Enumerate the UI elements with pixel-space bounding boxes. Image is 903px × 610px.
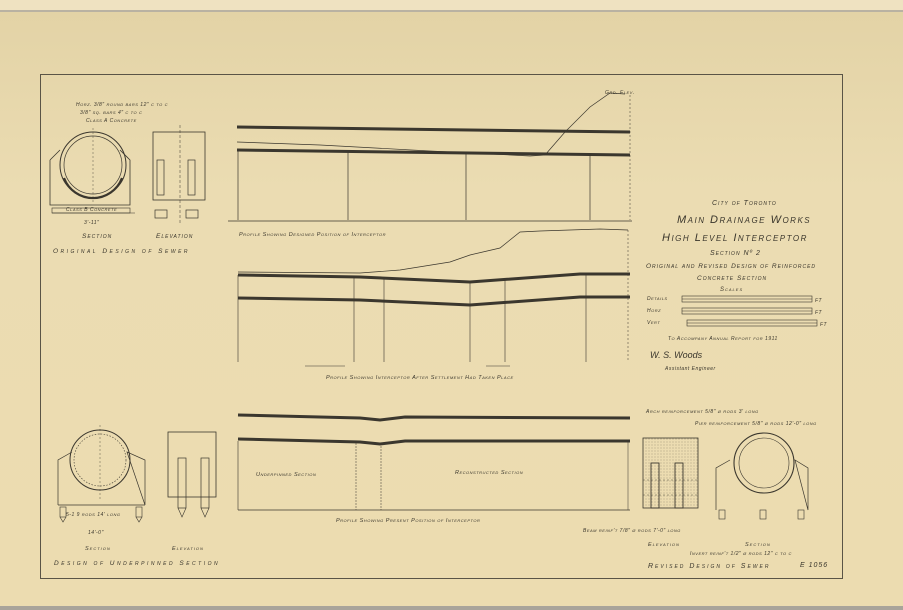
original-base-dimension: 3'-11" [84,220,99,226]
profile-2-caption: Profile Showing Interceptor After Settle… [326,375,514,381]
original-design-caption: Original Design of Sewer [53,248,190,255]
scale-label-vertical: Vert [647,320,660,326]
scale-unit-vertical: FT [820,322,827,328]
scale-unit-horizontal: FT [815,310,822,316]
signer-title: Assistant Engineer [665,366,716,372]
underpinned-elevation-drawing [168,432,216,517]
profile-1-end-note: Grd. Elev. [605,90,635,96]
original-elevation-label: Elevation [156,233,193,240]
scale-bars [682,296,817,326]
profile-3-caption: Profile Showing Present Position of Inte… [336,518,480,524]
underpinned-rod-note: 5-1 9 rods 14' long [66,512,120,518]
reconstructed-section-label: Reconstructed Section [455,470,523,476]
revised-beam-note: Beam reinf't 7/8" ø rods 7'-0" long [583,528,681,534]
revised-elevation-drawing [643,438,698,508]
title-section-number: Section Nº 2 [710,250,761,257]
original-section-label: Section [82,233,112,240]
profile-present [238,415,630,510]
revised-section-label: Section [745,542,771,548]
revised-pier-note: Pier reinforcement 5/8" ø rods 12'-0" lo… [695,421,817,427]
profile-designed [228,93,632,221]
title-subtitle-1: Original and Revised Design of Reinforce… [646,263,816,270]
original-note-class-a: Class A Concrete [86,118,137,124]
signature: W. S. Woods [650,350,702,360]
profile-1-caption: Profile Showing Designed Position of Int… [239,232,386,238]
revised-section-drawing [716,433,808,519]
revised-arch-note: Arch reinforcement 5/8" ø rods 3' long [646,409,759,415]
drawing-number: E 1056 [800,562,828,569]
revised-design-caption: Revised Design of Sewer [648,563,770,570]
original-note-horizontal-bars: Horz. 3/8" round bars 12" c to c [76,102,168,108]
original-section-drawing [50,128,135,213]
underpinned-section-label: Underpinned Section [256,472,316,478]
scale-label-details: Details [647,296,668,302]
scales-heading: Scales [720,287,743,293]
revised-elevation-label: Elevation [648,542,680,548]
accompany-note: To Accompany Annual Report for 1911 [668,336,778,342]
underpinned-design-caption: Design of Underpinned Section [54,560,220,567]
original-note-class-b: Class B Concrete [66,207,117,213]
underpinned-elevation-label: Elevation [172,546,204,552]
underpinned-section-label: Section [85,546,111,552]
title-works: Main Drainage Works [677,214,811,226]
revised-invert-note: Invert reinf't 1/2" ø rods 12" c to c [690,551,792,557]
scale-unit-details: FT [815,298,822,304]
profile-after-settlement [238,229,630,366]
original-note-square-bars: 3/8" sq. bars 4" c to c [80,110,142,116]
title-city: City of Toronto [712,200,777,207]
title-project: High Level Interceptor [662,232,808,244]
underpinned-section-drawing [58,425,145,522]
title-subtitle-2: Concrete Section [697,275,767,282]
underpinned-width-dimension: 14'-0" [88,530,104,536]
scale-label-horizontal: Horz [647,308,661,314]
original-elevation-drawing [153,125,205,225]
